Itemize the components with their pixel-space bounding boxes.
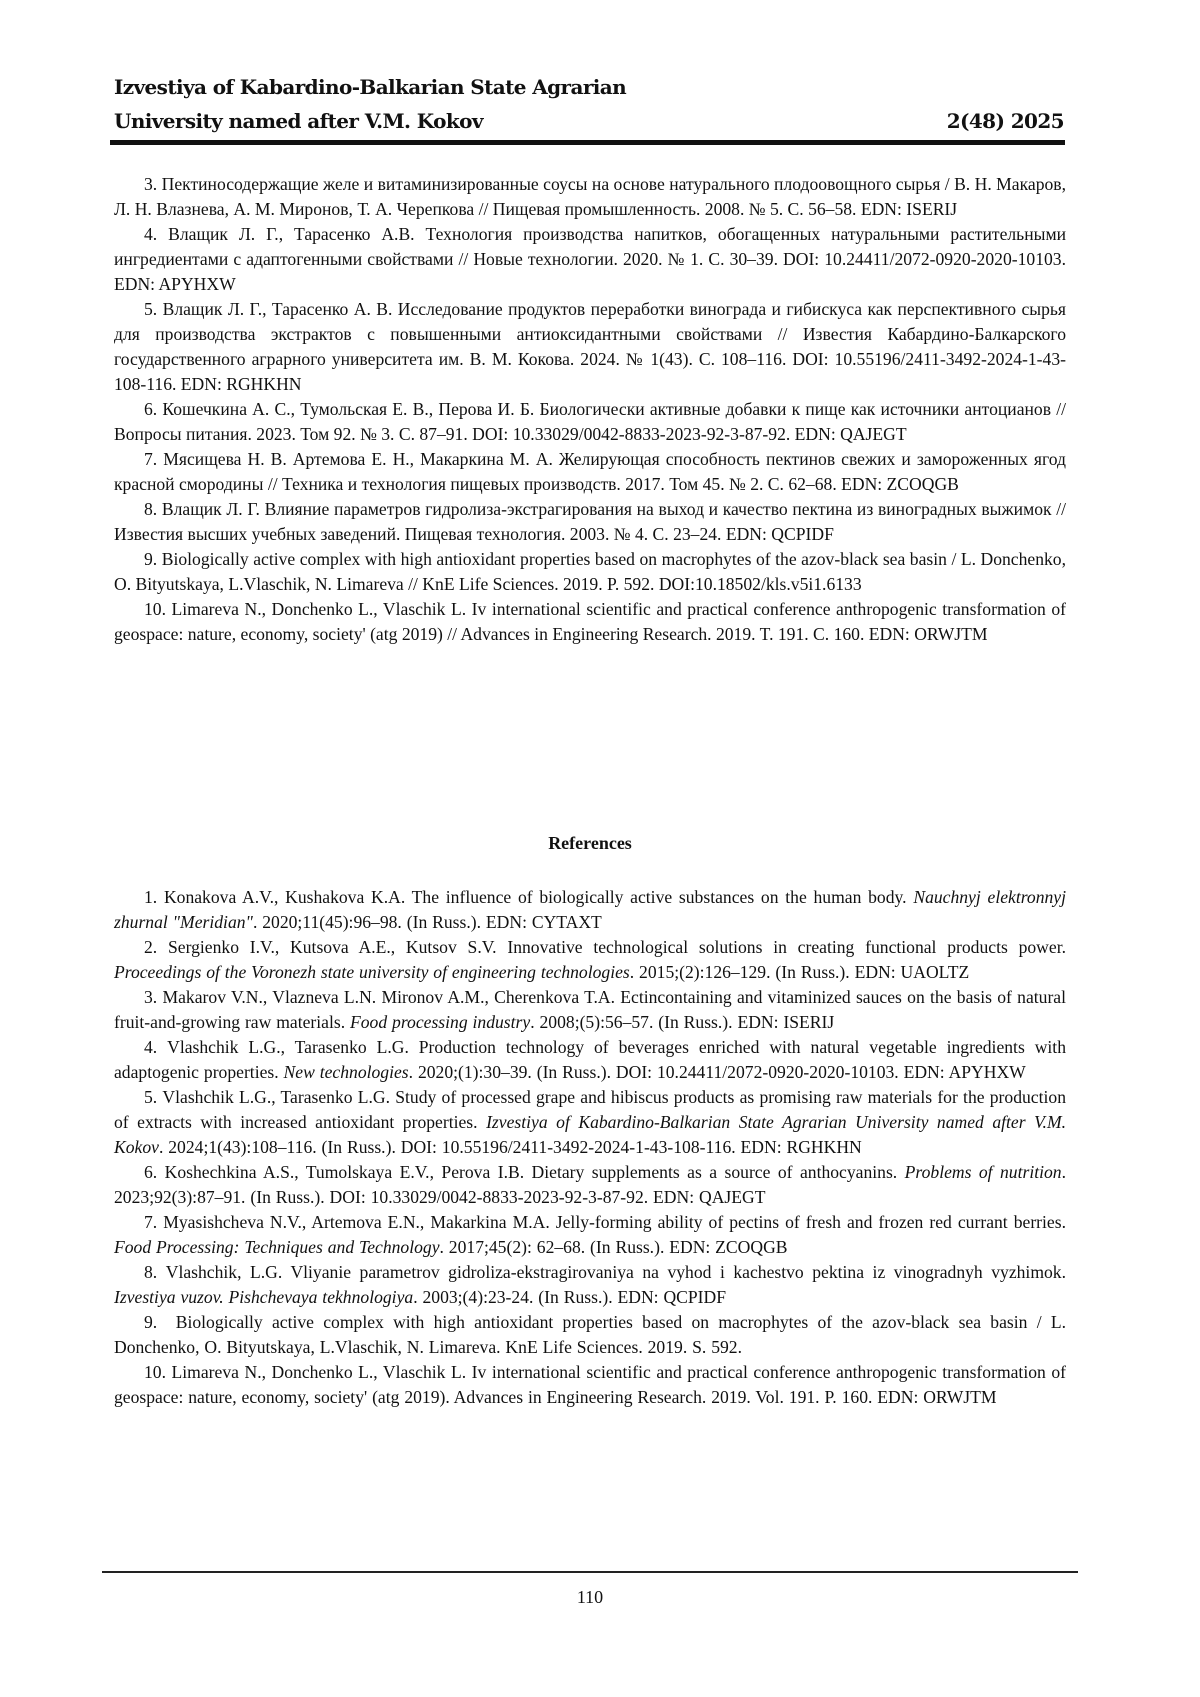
reference-text: Мясищева Н. В. Артемова Е. Н., Макаркина… <box>114 449 1066 494</box>
reference-text: Пектиносодержащие желе и витаминизирован… <box>114 174 1066 219</box>
reference-item: 3. Makarov V.N., Vlazneva L.N. Mironov A… <box>114 985 1066 1035</box>
journal-name: Problems of nutrition <box>905 1162 1062 1182</box>
reference-text: Влащик Л. Г. Влияние параметров гидролиз… <box>114 499 1066 544</box>
reference-details: . 2017;45(2): 62–68. (In Russ.). EDN: ZC… <box>440 1237 788 1257</box>
reference-text: Myasishcheva N.V., Artemova E.N., Makark… <box>163 1212 1066 1232</box>
reference-number: 9. <box>144 1312 157 1332</box>
reference-text: Biologically active complex with high an… <box>114 1312 1066 1357</box>
reference-item: 9. Biologically active complex with high… <box>114 1310 1066 1360</box>
reference-item: 6. Кошечкина А. С., Тумольская Е. В., Пе… <box>114 397 1066 447</box>
references-heading: References <box>114 833 1066 854</box>
reference-item: 5. Влащик Л. Г., Тарасенко А. В. Исследо… <box>114 297 1066 397</box>
reference-number: 8. <box>144 499 157 519</box>
reference-item: 9. Biologically active complex with high… <box>114 547 1066 597</box>
reference-details: . 2003;(4):23-24. (In Russ.). EDN: QCPID… <box>413 1287 726 1307</box>
reference-item: 2. Sergienko I.V., Kutsova A.E., Kutsov … <box>114 935 1066 985</box>
header-line-2: University named after V.M. Kokov 2(48) … <box>114 104 1064 138</box>
reference-number: 6. <box>144 399 157 419</box>
journal-title-line-2: University named after V.M. Kokov <box>114 104 483 138</box>
reference-text: Biologically active complex with high an… <box>114 549 1066 594</box>
issue-number: 2(48) 2025 <box>947 104 1064 138</box>
reference-item: 4. Влащик Л. Г., Тарасенко А.В. Технолог… <box>114 222 1066 297</box>
reference-item: 6. Koshechkina A.S., Tumolskaya E.V., Pe… <box>114 1160 1066 1210</box>
reference-item: 10. Limareva N., Donchenko L., Vlaschik … <box>114 597 1066 647</box>
reference-details: . 2024;1(43):108–116. (In Russ.). DOI: 1… <box>159 1137 862 1157</box>
reference-text: Sergienko I.V., Kutsova A.E., Kutsov S.V… <box>168 937 1066 957</box>
reference-item: 10. Limareva N., Donchenko L., Vlaschik … <box>114 1360 1066 1410</box>
reference-number: 7. <box>144 1212 157 1232</box>
reference-number: 1. <box>144 887 157 907</box>
reference-number: 6. <box>144 1162 157 1182</box>
journal-name: Izvestiya vuzov. Pishchevaya tekhnologiy… <box>114 1287 413 1307</box>
reference-item: 7. Myasishcheva N.V., Artemova E.N., Mak… <box>114 1210 1066 1260</box>
reference-number: 5. <box>144 299 157 319</box>
reference-text: Влащик Л. Г., Тарасенко А. В. Исследован… <box>114 299 1066 394</box>
russian-reference-list: 3. Пектиносодержащие желе и витаминизиро… <box>114 172 1066 647</box>
reference-text: Konakova A.V., Kushakova K.A. The influe… <box>164 887 913 907</box>
footer-divider <box>102 1571 1078 1573</box>
reference-number: 2. <box>144 937 157 957</box>
journal-name: New technologies <box>284 1062 409 1082</box>
reference-item: 7. Мясищева Н. В. Артемова Е. Н., Макарк… <box>114 447 1066 497</box>
reference-number: 10. <box>144 599 166 619</box>
reference-number: 4. <box>144 224 157 244</box>
english-reference-list: 1. Konakova A.V., Kushakova K.A. The inf… <box>114 885 1066 1410</box>
journal-name: Food processing industry <box>350 1012 530 1032</box>
reference-text: Limareva N., Donchenko L., Vlaschik L. I… <box>114 599 1066 644</box>
reference-number: 3. <box>144 174 157 194</box>
reference-details: . 2020;(1):30–39. (In Russ.). DOI: 10.24… <box>409 1062 1026 1082</box>
reference-details: . 2015;(2):126–129. (In Russ.). EDN: UAO… <box>630 962 970 982</box>
reference-text: Влащик Л. Г., Тарасенко А.В. Технология … <box>114 224 1066 294</box>
reference-text: Limareva N., Donchenko L., Vlaschik L. I… <box>114 1362 1066 1407</box>
journal-name: Proceedings of the Voronezh state univer… <box>114 962 630 982</box>
reference-number: 10. <box>144 1362 166 1382</box>
reference-text: Кошечкина А. С., Тумольская Е. В., Перов… <box>114 399 1066 444</box>
reference-number: 3. <box>144 987 157 1007</box>
header-divider <box>110 140 1065 145</box>
reference-item: 3. Пектиносодержащие желе и витаминизиро… <box>114 172 1066 222</box>
journal-title-line-1: Izvestiya of Kabardino-Balkarian State A… <box>114 70 626 104</box>
reference-item: 8. Влащик Л. Г. Влияние параметров гидро… <box>114 497 1066 547</box>
journal-name: Food Processing: Techniques and Technolo… <box>114 1237 440 1257</box>
reference-text: Koshechkina A.S., Tumolskaya E.V., Perov… <box>165 1162 905 1182</box>
reference-number: 5. <box>144 1087 157 1107</box>
reference-item: 1. Konakova A.V., Kushakova K.A. The inf… <box>114 885 1066 935</box>
header-line-1: Izvestiya of Kabardino-Balkarian State A… <box>114 70 1064 104</box>
page-number: 110 <box>0 1587 1180 1608</box>
running-header: Izvestiya of Kabardino-Balkarian State A… <box>114 70 1064 138</box>
reference-details: . 2008;(5):56–57. (In Russ.). EDN: ISERI… <box>530 1012 834 1032</box>
reference-details: . 2020;11(45):96–98. (In Russ.). EDN: CY… <box>253 912 602 932</box>
reference-number: 9. <box>144 549 157 569</box>
reference-item: 8. Vlashchik, L.G. Vliyanie parametrov g… <box>114 1260 1066 1310</box>
reference-item: 4. Vlashchik L.G., Tarasenko L.G. Produc… <box>114 1035 1066 1085</box>
reference-number: 7. <box>144 449 157 469</box>
reference-text: Vlashchik, L.G. Vliyanie parametrov gidr… <box>166 1262 1066 1282</box>
reference-number: 8. <box>144 1262 157 1282</box>
reference-item: 5. Vlashchik L.G., Tarasenko L.G. Study … <box>114 1085 1066 1160</box>
reference-number: 4. <box>144 1037 157 1057</box>
